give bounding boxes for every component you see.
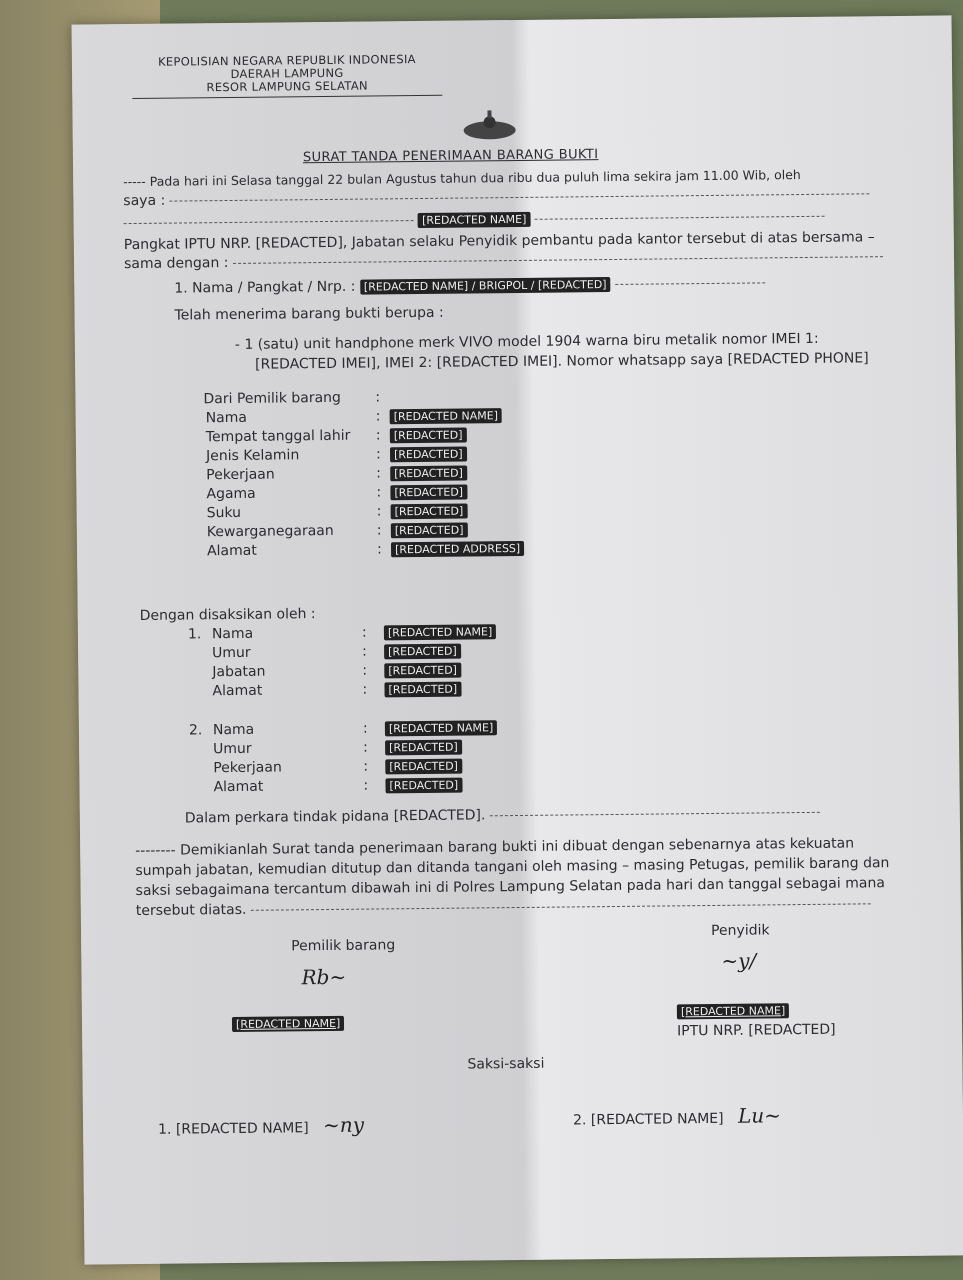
investigator-nrp: IPTU NRP. [REDACTED] bbox=[677, 1021, 836, 1042]
field-value: [REDACTED] bbox=[384, 663, 461, 679]
field-value: [REDACTED ADDRESS] bbox=[391, 541, 524, 557]
witness-1-name: 1. [REDACTED NAME] bbox=[158, 1120, 309, 1138]
co-officer-label: 1. Nama / Pangkat / Nrp. : bbox=[174, 279, 355, 297]
field-label: Nama bbox=[212, 624, 362, 644]
field-label: Alamat bbox=[212, 681, 362, 701]
investigator-name-text: [REDACTED NAME] bbox=[677, 1003, 789, 1019]
field-label: Nama bbox=[213, 720, 363, 740]
field-value: [REDACTED] bbox=[390, 466, 467, 482]
received-label: Telah menerima barang bukti berupa : bbox=[174, 304, 443, 326]
dashed-fill bbox=[251, 903, 871, 910]
witness-2-name: 2. [REDACTED NAME] bbox=[573, 1111, 724, 1129]
field-value: [REDACTED] bbox=[385, 740, 462, 756]
field-label: Tempat tanggal lahir bbox=[206, 427, 376, 448]
field-label: Agama bbox=[206, 484, 376, 505]
dashed-fill bbox=[233, 256, 883, 264]
colon: : bbox=[363, 738, 385, 757]
colon: : bbox=[377, 521, 391, 540]
owner-signature-label: Pemilik barang bbox=[291, 936, 395, 956]
owner-signature-name: [REDACTED NAME] bbox=[232, 1014, 344, 1034]
owner-name: [REDACTED NAME] bbox=[232, 1015, 344, 1031]
letterhead: KEPOLISIAN NEGARA REPUBLIK INDONESIA DAE… bbox=[132, 53, 442, 99]
witness-number: 2. bbox=[189, 721, 213, 740]
field-value: [REDACTED] bbox=[391, 504, 468, 520]
owner-fields: Nama:[REDACTED NAME]Tempat tanggal lahir… bbox=[206, 406, 525, 561]
field-label: Suku bbox=[207, 503, 377, 524]
field-value: [REDACTED NAME] bbox=[390, 408, 502, 424]
signature-mark: Rb~ bbox=[301, 964, 346, 991]
witness-field-row: Alamat:[REDACTED] bbox=[189, 775, 497, 797]
signature-mark: ~y/ bbox=[721, 948, 756, 975]
dashed-fill bbox=[490, 811, 820, 815]
colon: : bbox=[362, 680, 384, 699]
field-label: Jabatan bbox=[212, 662, 362, 682]
field-label: Umur bbox=[213, 739, 363, 759]
owner-heading-text: Dari Pemilik barang bbox=[203, 390, 341, 407]
witness-2-signature: 2. [REDACTED NAME] Lu~ bbox=[573, 1102, 781, 1131]
field-label: Kewarganegaraan bbox=[207, 522, 377, 543]
owner-field-row: Alamat:[REDACTED ADDRESS] bbox=[207, 539, 524, 561]
closing-line-4-text: tersebut diatas. bbox=[136, 902, 247, 919]
field-label: Alamat bbox=[207, 541, 377, 562]
co-officer-row: 1. Nama / Pangkat / Nrp. : [REDACTED NAM… bbox=[174, 273, 765, 298]
investigator-signature: ~y/ bbox=[721, 948, 756, 975]
colon: : bbox=[377, 540, 391, 559]
colon: : bbox=[376, 426, 390, 445]
dashed-fill bbox=[170, 193, 870, 201]
colon: : bbox=[363, 719, 385, 738]
field-value: [REDACTED NAME] bbox=[384, 624, 496, 640]
document-title: SURAT TANDA PENERIMAAN BARANG BUKTI bbox=[303, 146, 599, 167]
colon: : bbox=[375, 389, 380, 405]
field-value: [REDACTED NAME] bbox=[385, 720, 497, 736]
witnesses-signature-label: Saksi-saksi bbox=[467, 1055, 544, 1075]
officer-name: [REDACTED NAME] bbox=[418, 211, 530, 227]
field-label: Umur bbox=[212, 643, 362, 663]
field-value: [REDACTED] bbox=[390, 485, 467, 501]
field-label: Pekerjaan bbox=[206, 465, 376, 486]
witness-number: 1. bbox=[188, 625, 212, 644]
field-label: Pekerjaan bbox=[213, 758, 363, 778]
investigator-label: Penyidik bbox=[711, 921, 770, 941]
field-value: [REDACTED] bbox=[390, 447, 467, 463]
colon: : bbox=[362, 642, 384, 661]
colon: : bbox=[363, 757, 385, 776]
investigator-name: [REDACTED NAME] bbox=[677, 1001, 789, 1021]
opening-line-4-prefix: sama dengan : bbox=[124, 255, 229, 272]
co-officer-value: [REDACTED NAME] / BRIGPOL / [REDACTED] bbox=[360, 277, 611, 295]
field-value: [REDACTED] bbox=[390, 428, 467, 444]
colon: : bbox=[376, 445, 390, 464]
owner-heading: Dari Pemilik barang : bbox=[203, 388, 380, 409]
evidence-receipt-document: KEPOLISIAN NEGARA REPUBLIK INDONESIA DAE… bbox=[72, 15, 952, 24]
field-value: [REDACTED] bbox=[391, 523, 468, 539]
colon: : bbox=[362, 661, 384, 680]
case-line-text: Dalam perkara tindak pidana [REDACTED]. bbox=[185, 807, 486, 826]
police-emblem-icon bbox=[458, 110, 520, 141]
field-value: [REDACTED] bbox=[385, 759, 462, 775]
opening-line-2-prefix: saya : bbox=[123, 193, 165, 209]
signature-mark: ~ny bbox=[323, 1112, 364, 1139]
colon: : bbox=[363, 776, 385, 795]
document-paper: KEPOLISIAN NEGARA REPUBLIK INDONESIA DAE… bbox=[72, 15, 963, 1264]
case-line: Dalam perkara tindak pidana [REDACTED]. bbox=[185, 803, 820, 829]
owner-signature: Rb~ bbox=[301, 964, 346, 991]
field-value: [REDACTED] bbox=[385, 778, 462, 794]
witness-fields: 1.Nama:[REDACTED NAME]Umur:[REDACTED]Jab… bbox=[188, 622, 498, 797]
dashed-fill bbox=[615, 282, 765, 285]
field-label: Alamat bbox=[213, 777, 363, 797]
witnesses-heading: Dengan disaksikan oleh : bbox=[140, 605, 316, 626]
dashed-fill bbox=[124, 220, 414, 224]
colon: : bbox=[376, 407, 390, 426]
colon: : bbox=[376, 483, 390, 502]
field-label: Nama bbox=[206, 408, 376, 429]
field-label: Jenis Kelamin bbox=[206, 446, 376, 467]
colon: : bbox=[376, 464, 390, 483]
field-value: [REDACTED] bbox=[384, 644, 461, 660]
field-value: [REDACTED] bbox=[384, 682, 461, 698]
letterhead-line-3: RESOR LAMPUNG SELATAN bbox=[132, 79, 442, 95]
colon: : bbox=[377, 502, 391, 521]
colon: : bbox=[362, 623, 384, 642]
signature-mark: Lu~ bbox=[738, 1102, 781, 1129]
witness-1-signature: 1. [REDACTED NAME] ~ny bbox=[158, 1112, 364, 1141]
dashed-fill bbox=[535, 215, 825, 219]
